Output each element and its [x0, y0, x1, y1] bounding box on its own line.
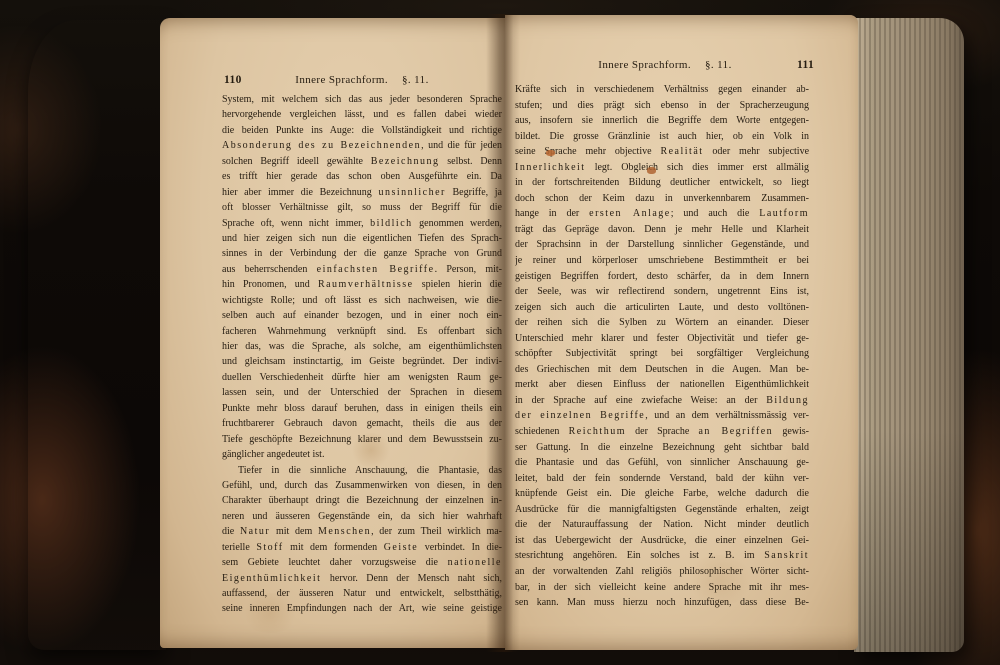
text-line: Ausdrücke für die mannigfaltigsten Gegen… — [515, 502, 809, 518]
text-line: selben auch auf einander bezogen, und in… — [222, 308, 502, 323]
text-line: seine Sprache mehr objective Realität od… — [515, 144, 809, 160]
text-line: Absonderung des zu Bezeichnenden, und di… — [222, 138, 502, 153]
text-line: sem Gebiete leuchtet daher vorzugsweise … — [222, 555, 502, 570]
text-line: oft blosser Verhältnisse gilt, so muss d… — [222, 200, 502, 215]
text-line: und hier zeigen sich nun die eigentliche… — [222, 231, 502, 246]
running-header-section: §. 11. — [705, 59, 732, 71]
text-line: hange in der ersten Anlage; und auch die… — [515, 206, 809, 222]
text-line: wichtigste Rolle; und oft lässt es sich … — [222, 293, 502, 308]
text-line: Tiefe geschöpfte Bezeichnung klarer und … — [222, 432, 502, 447]
text-line: Innerlichkeit legt. Obgleich sich dies i… — [515, 160, 809, 176]
text-line: in der fortschreitenden Bildung deutlich… — [515, 175, 809, 191]
text-line: knüpfende Geist ein. Die gleiche Farbe, … — [515, 486, 809, 502]
text-line: schiedenen Reichthum der Sprache an Begr… — [515, 424, 809, 440]
text-line: der einzelnen Begriffe, und an dem verhä… — [515, 408, 809, 424]
text-line: Gefühl, und, durch das Zusammenwirken vo… — [222, 478, 502, 493]
text-line: Eigenthümlichkeit hervor. Denn der Mensc… — [222, 571, 502, 586]
text-line: hier aber immer die Bezeichnung unsinnli… — [222, 185, 502, 200]
text-line: hervorgehende vergleichen lässt, und es … — [222, 107, 502, 122]
text-line: trägt das Gepräge davon. Denn je mehr He… — [515, 222, 809, 238]
text-line: die Phantasie und das Gefühl, von sinnli… — [515, 455, 809, 471]
text-line: Sprache oft, wenn nicht immer, bildlich … — [222, 216, 502, 231]
running-header-title: Innere Sprachform. — [295, 74, 388, 86]
text-line: die der Naturauffassung der Nation. Nich… — [515, 517, 809, 533]
text-line: die Natur mit dem Menschen, der zum Thei… — [222, 524, 502, 539]
text-line: des Griechischen mit dem Deutschen in di… — [515, 362, 809, 378]
text-line: ist das Uebergewicht der Ausdrücke, die … — [515, 533, 809, 549]
text-line: stufen; und dies prägt sich ebenso in de… — [515, 98, 809, 114]
text-line: die beiden Punkte ins Auge: die Vollstän… — [222, 123, 502, 138]
right-page: Innere Sprachform.§. 11. 111 Kräfte sich… — [505, 15, 858, 650]
text-line: bar, in der sich vielleicht keine andere… — [515, 580, 809, 596]
text-line: seine inneren Empfindungen nach der Art,… — [222, 601, 502, 616]
text-line: der reihen sich die Sylben zu Wörtern an… — [515, 315, 809, 331]
text-line: fruchtbarerer Gebrauch davon gemacht, th… — [222, 416, 502, 431]
text-line: doch schon der Keim dazu in unverkennbar… — [515, 191, 809, 207]
right-running-header: Innere Sprachform.§. 11. — [515, 59, 815, 71]
right-page-number: 111 — [797, 59, 814, 71]
running-header-section: §. 11. — [402, 74, 429, 86]
text-line: aus, insofern sie innerlich die Begriffe… — [515, 113, 809, 129]
text-line: geistigen Begriffen fordert, desto schär… — [515, 269, 809, 285]
text-line: stesrichtung angehören. Ein solches ist … — [515, 548, 809, 564]
text-line: hin Pronomen, und Raumverhältnisse spiel… — [222, 277, 502, 292]
text-line: ser Gattung. In die einzelne Bezeichnung… — [515, 440, 809, 456]
text-line: sen kann. Man muss hierzu noch hinzufüge… — [515, 595, 809, 611]
text-line: Kräfte sich in verschiedenem Verhältniss… — [515, 82, 809, 98]
right-page-text-block: Kräfte sich in verschiedenem Verhältniss… — [515, 82, 809, 611]
text-line: solchen Begriff ideell gewählte Bezeichn… — [222, 154, 502, 169]
right-page-header: Innere Sprachform.§. 11. 111 — [515, 59, 815, 75]
text-line: schöpfter Subjectivität springt bei sorg… — [515, 346, 809, 362]
text-line: und gleichsam instinctartig, im Geiste b… — [222, 354, 502, 369]
text-line: an der vorwaltenden Zahl religiös philos… — [515, 564, 809, 580]
text-line: System, mit welchem sich das aus jeder b… — [222, 92, 502, 107]
text-line: lassen sein, und der Unterschied der Spr… — [222, 385, 502, 400]
text-line: Tiefer in die sinnliche Anschauung, die … — [222, 463, 502, 478]
text-line: aus beherrschenden einfachsten Begriffe.… — [222, 262, 502, 277]
right-fore-edge-page-stack — [854, 18, 964, 652]
text-line: es trifft hier gerade das schon oben Aus… — [222, 169, 502, 184]
left-running-header: Innere Sprachform.§. 11. — [222, 74, 502, 86]
text-line: Punkte mehr bloss darauf beruhen, dass i… — [222, 401, 502, 416]
photograph-scene: 110 Innere Sprachform.§. 11. System, mit… — [0, 0, 1000, 665]
text-line: terielle Stoff mit dem formenden Geiste … — [222, 540, 502, 555]
text-line: der Sprachsinn in der Darstellung sinnli… — [515, 237, 809, 253]
left-page: 110 Innere Sprachform.§. 11. System, mit… — [160, 18, 505, 648]
text-line: zeigen sich auch die articulirten Laute,… — [515, 300, 809, 316]
text-line: gänglicher angedeutet ist. — [222, 447, 502, 462]
left-page-text-block: System, mit welchem sich das aus jeder b… — [222, 92, 502, 617]
text-line: bildet. Die grosse Gränzlinie ist auch h… — [515, 129, 809, 145]
text-line: neren und äusseren Gegenstände ein, da s… — [222, 509, 502, 524]
text-line: hier das, was die Sprache, als solche, a… — [222, 339, 502, 354]
text-line: Unterschied mehr klarer und fester Objec… — [515, 331, 809, 347]
running-header-title: Innere Sprachform. — [598, 59, 691, 71]
text-line: Charakter überhaupt dringt die Bezeichnu… — [222, 493, 502, 508]
left-page-header: 110 Innere Sprachform.§. 11. — [222, 74, 502, 90]
text-line: in der Sprache auf eine zwiefache Weise:… — [515, 393, 809, 409]
text-line: der Seele, was wir reflectirend sondern,… — [515, 284, 809, 300]
text-line: duellen Verschiedenheit dürfte hier am w… — [222, 370, 502, 385]
text-line: merkt aber diesen Einfluss der nationell… — [515, 377, 809, 393]
left-fore-edge-page-stack — [28, 20, 166, 650]
text-line: leitet, bald der fein sondernde Verstand… — [515, 471, 809, 487]
text-line: je reiner und körperloser umschriebene B… — [515, 253, 809, 269]
text-line: sinnes in der Verbindung der die ganze S… — [222, 246, 502, 261]
text-line: auffassend, der äusseren Natur und entwi… — [222, 586, 502, 601]
text-line: facheren Wahrnehmung verknüpft sind. Es … — [222, 324, 502, 339]
